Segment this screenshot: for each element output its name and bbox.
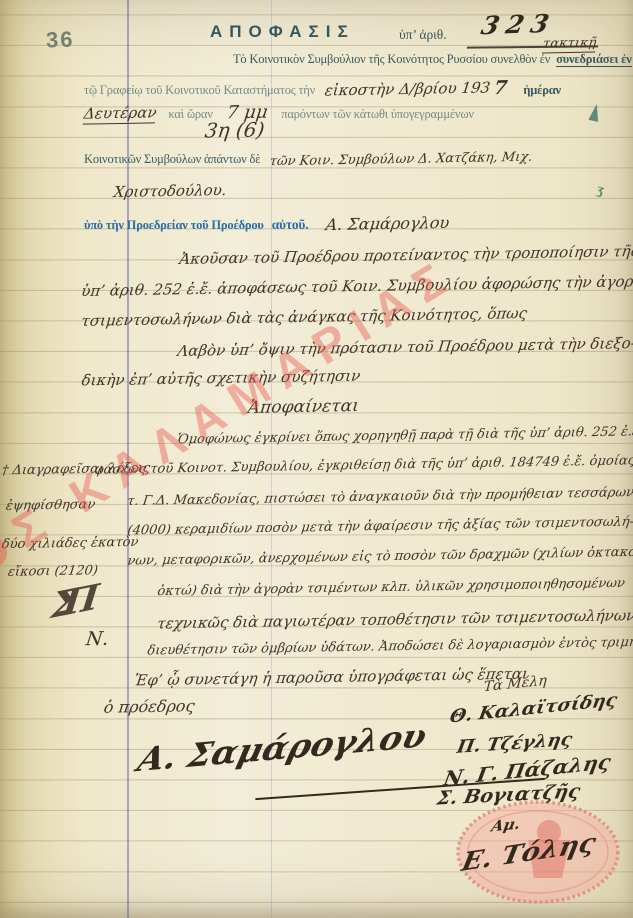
margin-monogram: ΣΠ (49, 579, 87, 627)
margin-note: εἴκοσι (2120) (7, 563, 99, 580)
intro-date-handwritten: εἰκοστὴν Δ/βρίου 193 (324, 79, 492, 100)
margin-note: δύο χιλιάδες ἑκατὸν (1, 535, 139, 552)
margin-note: ἐψηφίσθησαν (5, 497, 96, 514)
intro-line1-marked: συνεδριάσει ἐν (556, 52, 632, 67)
decision-number-label: ὑπ’ ἀριθ. (399, 27, 447, 43)
margin-note: † Διαγραφεῖσαι λέξεις (1, 461, 151, 479)
member-signature: Αμ. (490, 815, 522, 836)
intro-weekday-handwritten: Δευτέραν (83, 103, 158, 124)
councillor-name-handwritten: Χριστοδούλου. (113, 181, 228, 201)
margin-initial: Ν. (85, 628, 110, 650)
scanned-decision-page: 36 ΑΠΟΦΑΣΙΣ ὑπ’ ἀριθ. 323 Τὸ Κοινοτικὸν … (0, 0, 633, 918)
intro-line2: τῷ Γραφείῳ τοῦ Κοινοτικοῦ Καταστήματος τ… (84, 83, 315, 97)
intro-day-word: ἡμέραν (523, 83, 561, 97)
intro-year-digit-handwritten: 7 (493, 77, 509, 99)
body-decides-heading: Ἀποφαίνεται (247, 396, 360, 418)
councillors-typed: Κοινοτικῶν Συμβούλων ἁπάντων δὲ (84, 152, 260, 166)
page-number: 36 (46, 27, 75, 54)
intro-insert-handwritten: τακτικῇ (542, 36, 597, 54)
president-name-handwritten: Α. Σαμάρογλου (325, 213, 451, 234)
intro-line3-end: παρόντων τῶν κάτωθι ὑπογεγραμμένων (281, 107, 474, 121)
decision-title: ΑΠΟΦΑΣΙΣ (210, 22, 355, 42)
president-label: ὁ πρόεδρος (103, 696, 196, 717)
presidency-typed: ὑπὸ τὴν Προεδρείαν τοῦ Προέδρου (84, 218, 264, 232)
presidency-typed-bold: αὐτοῦ. (272, 217, 309, 232)
margin-rule-line (127, 0, 129, 918)
session-note-handwritten: 3η (6) (203, 117, 265, 142)
councillors-handwritten: τῶν Κοιν. Συμβούλων Δ. Χατζάκη, Μιχ. (269, 150, 533, 170)
intro-line1: Τὸ Κοινοτικὸν Συμβούλιον τῆς Κοινότητος … (233, 52, 550, 66)
